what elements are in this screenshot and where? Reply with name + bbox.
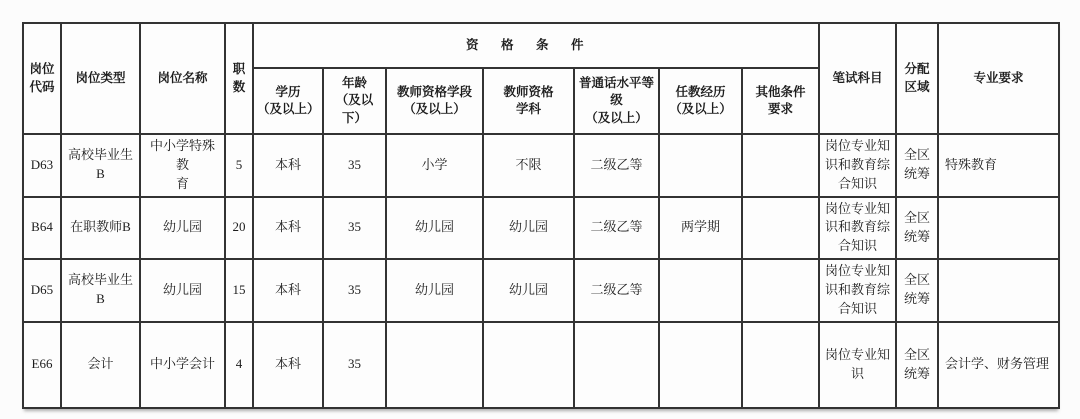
cell-age: 35 bbox=[323, 134, 386, 197]
cell-teaching-experience bbox=[659, 134, 742, 197]
cell-other-conditions bbox=[742, 197, 819, 260]
cell-education: 本科 bbox=[253, 259, 323, 322]
cell-allocation-region: 全区 统筹 bbox=[896, 197, 938, 260]
cell-position-name: 幼儿园 bbox=[140, 259, 225, 322]
cell-teaching-experience bbox=[659, 322, 742, 408]
header-other-conditions: 其他条件 要求 bbox=[742, 68, 819, 134]
cell-major-requirement: 会计学、财务管理 bbox=[938, 322, 1059, 408]
cell-position-name: 幼儿园 bbox=[140, 197, 225, 260]
header-teaching-experience: 任教经历 （及以上） bbox=[659, 68, 742, 134]
cell-allocation-region: 全区 统筹 bbox=[896, 322, 938, 408]
table-body: D63 高校毕业生 B 中小学特殊教 育 5 本科 35 小学 不限 二级乙等 … bbox=[23, 134, 1059, 408]
cell-teacher-cert-stage: 幼儿园 bbox=[386, 259, 483, 322]
cell-teacher-cert-subject bbox=[483, 322, 574, 408]
cell-teacher-cert-subject: 幼儿园 bbox=[483, 259, 574, 322]
cell-mandarin-level: 二级乙等 bbox=[574, 197, 659, 260]
header-allocation-region: 分配 区域 bbox=[896, 23, 938, 134]
cell-teacher-cert-stage bbox=[386, 322, 483, 408]
header-position-code: 岗位 代码 bbox=[23, 23, 61, 134]
header-position-count: 职 数 bbox=[225, 23, 253, 134]
cell-exam-subject: 岗位专业知 识 bbox=[819, 322, 896, 408]
cell-teacher-cert-subject: 不限 bbox=[483, 134, 574, 197]
cell-teacher-cert-stage: 幼儿园 bbox=[386, 197, 483, 260]
cell-other-conditions bbox=[742, 134, 819, 197]
table-row: D63 高校毕业生 B 中小学特殊教 育 5 本科 35 小学 不限 二级乙等 … bbox=[23, 134, 1059, 197]
cell-position-count: 20 bbox=[225, 197, 253, 260]
header-teacher-cert-subject: 教师资格 学科 bbox=[483, 68, 574, 134]
cell-education: 本科 bbox=[253, 134, 323, 197]
table-row: B64 在职教师B 幼儿园 20 本科 35 幼儿园 幼儿园 二级乙等 两学期 … bbox=[23, 197, 1059, 260]
cell-position-code: D63 bbox=[23, 134, 61, 197]
header-age: 年龄 （及以下） bbox=[323, 68, 386, 134]
cell-age: 35 bbox=[323, 197, 386, 260]
cell-allocation-region: 全区 统筹 bbox=[896, 259, 938, 322]
table-row: E66 会计 中小学会计 4 本科 35 岗位专业知 识 全区 统筹 会计学、财… bbox=[23, 322, 1059, 408]
cell-position-name: 中小学会计 bbox=[140, 322, 225, 408]
cell-education: 本科 bbox=[253, 197, 323, 260]
cell-position-count: 5 bbox=[225, 134, 253, 197]
header-row-top: 岗位 代码 岗位类型 岗位名称 职 数 资格条件 笔试科目 分配 区域 专业要求 bbox=[23, 23, 1059, 68]
cell-position-count: 15 bbox=[225, 259, 253, 322]
cell-teaching-experience: 两学期 bbox=[659, 197, 742, 260]
cell-major-requirement bbox=[938, 259, 1059, 322]
header-qualification-group: 资格条件 bbox=[253, 23, 819, 68]
cell-exam-subject: 岗位专业知 识和教育综 合知识 bbox=[819, 259, 896, 322]
cell-position-code: B64 bbox=[23, 197, 61, 260]
cell-age: 35 bbox=[323, 259, 386, 322]
header-position-name: 岗位名称 bbox=[140, 23, 225, 134]
cell-position-type: 高校毕业生 B bbox=[61, 259, 140, 322]
cell-position-type: 高校毕业生 B bbox=[61, 134, 140, 197]
cell-position-count: 4 bbox=[225, 322, 253, 408]
cell-major-requirement bbox=[938, 197, 1059, 260]
cell-age: 35 bbox=[323, 322, 386, 408]
cell-allocation-region: 全区 统筹 bbox=[896, 134, 938, 197]
recruitment-position-table: 岗位 代码 岗位类型 岗位名称 职 数 资格条件 笔试科目 分配 区域 专业要求… bbox=[22, 22, 1060, 409]
cell-other-conditions bbox=[742, 322, 819, 408]
header-exam-subject: 笔试科目 bbox=[819, 23, 896, 134]
cell-position-code: D65 bbox=[23, 259, 61, 322]
table-row: D65 高校毕业生 B 幼儿园 15 本科 35 幼儿园 幼儿园 二级乙等 岗位… bbox=[23, 259, 1059, 322]
header-position-type: 岗位类型 bbox=[61, 23, 140, 134]
cell-mandarin-level bbox=[574, 322, 659, 408]
cell-exam-subject: 岗位专业知 识和教育综 合知识 bbox=[819, 134, 896, 197]
header-major-requirement: 专业要求 bbox=[938, 23, 1059, 134]
table-header: 岗位 代码 岗位类型 岗位名称 职 数 资格条件 笔试科目 分配 区域 专业要求… bbox=[23, 23, 1059, 134]
cell-teacher-cert-stage: 小学 bbox=[386, 134, 483, 197]
header-mandarin-level: 普通话水平等 级 （及以上） bbox=[574, 68, 659, 134]
cell-teacher-cert-subject: 幼儿园 bbox=[483, 197, 574, 260]
cell-major-requirement: 特殊教育 bbox=[938, 134, 1059, 197]
cell-position-name: 中小学特殊教 育 bbox=[140, 134, 225, 197]
cell-mandarin-level: 二级乙等 bbox=[574, 259, 659, 322]
header-teacher-cert-stage: 教师资格学段 （及以上） bbox=[386, 68, 483, 134]
cell-position-code: E66 bbox=[23, 322, 61, 408]
header-education: 学历 （及以上） bbox=[253, 68, 323, 134]
scanned-document-page: 岗位 代码 岗位类型 岗位名称 职 数 资格条件 笔试科目 分配 区域 专业要求… bbox=[0, 0, 1080, 419]
cell-other-conditions bbox=[742, 259, 819, 322]
cell-education: 本科 bbox=[253, 322, 323, 408]
cell-exam-subject: 岗位专业知 识和教育综 合知识 bbox=[819, 197, 896, 260]
cell-mandarin-level: 二级乙等 bbox=[574, 134, 659, 197]
cell-position-type: 在职教师B bbox=[61, 197, 140, 260]
cell-position-type: 会计 bbox=[61, 322, 140, 408]
cell-teaching-experience bbox=[659, 259, 742, 322]
